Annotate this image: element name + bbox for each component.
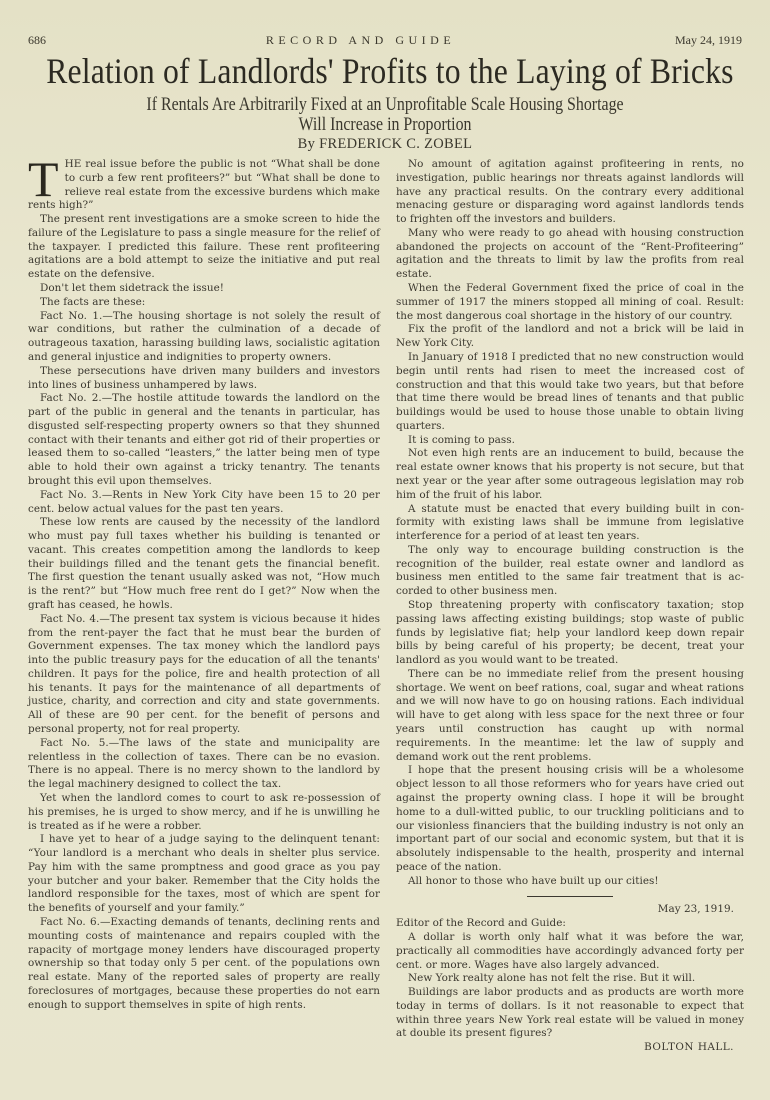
page-number: 686 [28,33,46,48]
letter-dateline: May 23, 1919. [396,903,744,917]
publication-name: RECORD AND GUIDE [266,33,455,48]
paragraph: Many who were ready to go ahead with hou… [396,227,744,282]
right-column: No amount of agitation against profiteer… [396,158,744,1055]
article-subtitle: If Rentals Are Arbitrarily Fixed at an U… [54,95,716,135]
lead-paragraph: THE real issue before the public is not … [28,158,380,213]
paragraph: Yet when the landlord comes to court to … [28,792,380,833]
paragraph: It is coming to pass. [396,434,744,448]
subtitle-line-2: Will Increase in Proportion [54,115,716,135]
paragraph: Fact No. 1.—The housing shortage is not … [28,310,380,365]
paragraph: These low rents are caused by the necess… [28,516,380,612]
lead-paragraph-text: HE real issue before the public is not “… [28,158,380,211]
paragraph: Fix the profit of the landlord and not a… [396,323,744,351]
drop-cap: T [28,160,59,198]
paragraph: The present rent investigations are a sm… [28,213,380,282]
paragraph: Stop threatening property with confiscat… [396,599,744,668]
paragraph: There can be no immediate relief from th… [396,668,744,764]
paragraph: All honor to those who have built up our… [396,875,744,889]
paragraph: I hope that the present housing crisis w… [396,764,744,874]
paragraph: Fact No. 5.—The laws of the state and mu… [28,737,380,792]
letter-salutation: Editor of the Record and Guide: [396,917,744,931]
paragraph: Fact No. 6.—Exacting demands of tenants,… [28,916,380,1012]
letter-paragraph: New York realty alone has not felt the r… [396,972,744,986]
paragraph: Don't let them sidetrack the issue! [28,282,380,296]
paragraph: Fact No. 4.—The present tax system is vi… [28,613,380,737]
paragraph: Fact No. 2.—The hostile attitude towards… [28,392,380,488]
paragraph: Fact No. 3.—Rents in New York City have … [28,489,380,517]
paragraph: I have yet to hear of a judge saying to … [28,833,380,916]
paragraph: These persecutions have driven many buil… [28,365,380,393]
letter-paragraph: Buildings are labor products and as prod… [396,986,744,1041]
letter-paragraph: A dollar is worth only half what it was … [396,931,744,972]
paragraph: Not even high rents are an inducement to… [396,447,744,502]
running-head: 686 RECORD AND GUIDE May 24, 1919 [28,33,742,48]
paragraph: No amount of agitation against profiteer… [396,158,744,227]
paragraph: A statute must be enacted that every bui… [396,503,744,544]
issue-date: May 24, 1919 [675,33,742,48]
byline: By FREDERICK C. ZOBEL [0,136,770,153]
subtitle-line-1: If Rentals Are Arbitrarily Fixed at an U… [54,95,716,115]
left-column: THE real issue before the public is not … [28,158,380,1012]
magazine-page: 686 RECORD AND GUIDE May 24, 1919 Relati… [0,0,770,1100]
article-title: Relation of Landlords' Profits to the La… [46,50,724,92]
section-divider [527,896,613,897]
letter-signature: BOLTON HALL. [396,1041,744,1055]
paragraph: The only way to encourage building const… [396,544,744,599]
paragraph: The facts are these: [28,296,380,310]
paragraph: When the Federal Government fixed the pr… [396,282,744,323]
paragraph: In January of 1918 I predicted that no n… [396,351,744,434]
